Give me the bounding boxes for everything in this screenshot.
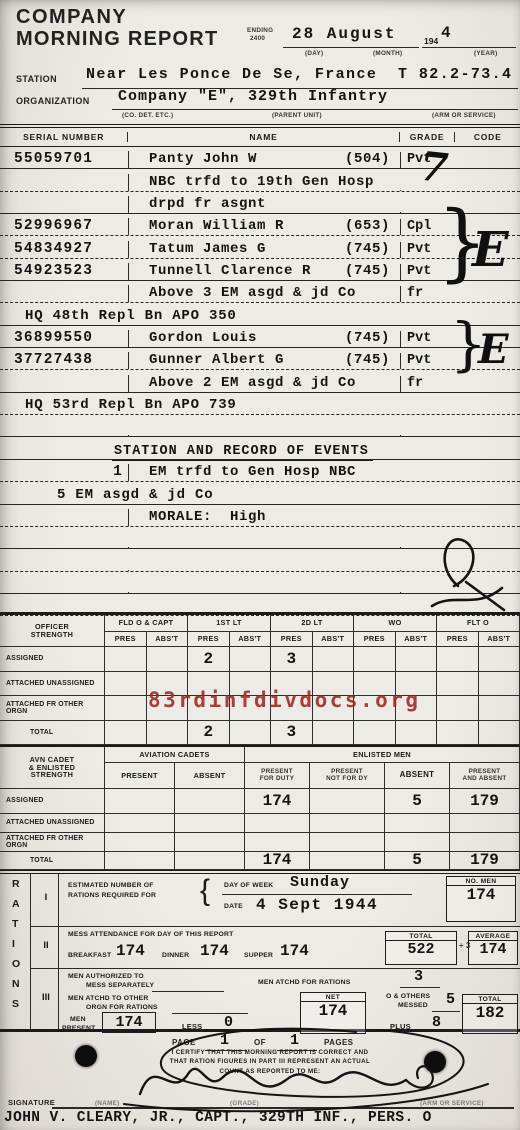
serial-cell: 54923523 [0, 263, 128, 280]
enlisted-cell [245, 833, 310, 852]
row-label-attached-unassigned: ATTACHED UNASSIGNED [0, 814, 105, 833]
station-label: STATION [16, 74, 57, 84]
enlisted-cell [105, 814, 175, 833]
enlisted-cell [175, 789, 245, 814]
day-of-week-value: Sunday [290, 874, 350, 891]
serial-cell: 52996967 [0, 218, 128, 235]
events-heading: STATION AND RECORD OF EVENTS [112, 444, 373, 461]
name-cell: Above 3 EM asgd & jd Co [149, 285, 356, 301]
rations-letter: S [12, 998, 19, 1010]
table-row: 36899550 Gordon Louis(745) Pvt [0, 326, 520, 348]
enlisted-strength-table: AVN CADET & ENLISTED STRENGTH AVIATION C… [0, 745, 520, 870]
date-rule [283, 47, 419, 48]
col-group-wo: WO [354, 615, 437, 632]
col-grade: GRADE [399, 132, 455, 142]
mos-cell: (504) [345, 151, 390, 167]
section-numeral-3: III [36, 992, 56, 1003]
net-label: NET [301, 993, 365, 1002]
breakfast-label: BREAKFAST [68, 952, 111, 959]
row-label-total: TOTAL [0, 721, 105, 745]
enlisted-cell [175, 833, 245, 852]
officer-cell [105, 647, 147, 672]
officer-cell: 2 [188, 647, 230, 672]
organization-rule [112, 109, 518, 110]
mess-attendance-label: MESS ATTENDANCE FOR DAY OF THIS REPORT [68, 931, 233, 938]
atchd-for-rations-value: 3 [414, 968, 423, 985]
name-cell: MORALE: High [149, 509, 266, 525]
fill-rule [172, 1013, 248, 1014]
officer-cell [437, 672, 479, 696]
rations-letter: O [12, 958, 20, 970]
grade-cell: Pvt [400, 331, 455, 347]
col-group-aviation-cadets: AVIATION CADETS [105, 747, 245, 763]
rations-est-label1: ESTIMATED NUMBER OF [68, 882, 154, 889]
serial-cell [0, 435, 128, 436]
mess-average-box: AVERAGE 174 [468, 931, 518, 965]
wide-note-cell: HQ 53rd Repl Bn APO 739 [0, 397, 520, 414]
name-cell: EM trfd to Gen Hosp NBC [149, 464, 356, 480]
enlisted-cell [385, 833, 450, 852]
enlisted-cell [105, 789, 175, 814]
officer-cell [105, 672, 147, 696]
subcol-pres: PRES [271, 632, 313, 647]
officer-cell [354, 647, 396, 672]
year-preprint: 194 [424, 36, 438, 46]
handwritten-signature [88, 1018, 498, 1118]
subcol-abst: ABS'T [313, 632, 355, 647]
name-cell: Panty John W [149, 151, 257, 167]
subcol-absent: ABSENT [385, 763, 450, 789]
serial-cell [0, 391, 128, 392]
enlisted-cell [450, 814, 520, 833]
officer-cell [230, 647, 272, 672]
enlisted-cell [245, 814, 310, 833]
table-row: 1 EM trfd to Gen Hosp NBC [0, 460, 520, 482]
officer-cell [479, 647, 520, 672]
col-serial-number: SERIAL NUMBER [0, 132, 127, 142]
organization-label: ORGANIZATION [16, 96, 90, 106]
rations-letter: N [12, 978, 20, 990]
grade-cell [400, 435, 455, 436]
others-messed-value: 5 [446, 991, 455, 1008]
enlisted-cell [310, 789, 385, 814]
year-caption: (YEAR) [474, 50, 498, 57]
station-value: Near Les Ponce De Se, France T 82.2-73.4 [86, 66, 512, 83]
name-cell [128, 592, 400, 593]
row-label-attached-unassigned: ATTACHED UNASSIGNED [0, 672, 105, 696]
wide-note-cell: 5 EM asgd & jd Co [0, 487, 520, 504]
section-numeral-2: II [36, 940, 56, 951]
grade-cell [400, 480, 455, 481]
auth-mess-label2: MESS SEPARATELY [86, 982, 154, 989]
col-group-2d-lt: 2D LT [271, 615, 354, 632]
dinner-value: 174 [200, 942, 229, 960]
mess-total-box: TOTAL 522 [385, 931, 457, 965]
serial-cell: 36899550 [0, 330, 128, 347]
day-of-week-label: DAY OF WEEK [224, 882, 273, 889]
subcol-present-and-absent: PRESENTAND ABSENT [450, 763, 520, 789]
breakfast-value: 174 [116, 942, 145, 960]
enlisted-cell [175, 852, 245, 870]
handwritten-code-mark: 7 [418, 143, 451, 193]
fill-rule [400, 987, 440, 988]
name-cell: NBC trfd to 19th Gen Hosp [149, 174, 374, 190]
mess-total-value: 522 [386, 941, 456, 958]
enlisted-cell: 179 [450, 852, 520, 870]
subcol-pres: PRES [188, 632, 230, 647]
serial-cell: 37727438 [0, 352, 128, 369]
morning-report-document: COMPANY MORNING REPORT ENDING 2400 28 Au… [0, 0, 520, 1130]
subcol-pres: PRES [354, 632, 396, 647]
enlisted-cell: 5 [385, 852, 450, 870]
officer-cell [105, 721, 147, 745]
table-row: HQ 48th Repl Bn APO 350 [0, 303, 520, 325]
officer-cell [147, 721, 189, 745]
col-group-flt-o: FLT O [437, 615, 520, 632]
rations-letter: T [12, 918, 18, 930]
date-label: DATE [224, 903, 243, 910]
grade-cell: Pvt [400, 353, 455, 369]
officer-cell [479, 721, 520, 745]
form-title-line1: COMPANY [16, 6, 127, 29]
wide-note-cell: HQ 48th Repl Bn APO 350 [0, 308, 520, 325]
supper-label: SUPPER [244, 952, 273, 959]
enlisted-cell [105, 833, 175, 852]
officer-cell [437, 696, 479, 721]
handwritten-scribble-icon [424, 522, 516, 614]
grade-cell: fr [400, 376, 455, 392]
no-men-box: NO. MEN 174 [446, 876, 516, 922]
rations-section: R A T I O N S I II III ESTIMATED NUMBER … [0, 870, 520, 1032]
mess-total-label: TOTAL [386, 932, 456, 941]
officer-cell: 3 [271, 721, 313, 745]
org-subcaption-parent: (PARENT UNIT) [272, 112, 322, 119]
report-date-value: 28 August [292, 25, 396, 43]
form-title-line2: MORNING REPORT [16, 28, 218, 51]
subcol-abst: ABS'T [396, 632, 438, 647]
name-cell: Above 2 EM asgd & jd Co [149, 375, 356, 391]
subcol-present-not-for-duty: PRESENTNOT FOR DY [310, 763, 385, 789]
enlisted-cell [450, 833, 520, 852]
serial-cell [0, 547, 128, 548]
col-code: CODE [454, 132, 520, 142]
officer-strength-corner: OFFICER STRENGTH [0, 615, 105, 647]
serial-cell [0, 525, 128, 526]
row-label-total: TOTAL [0, 852, 105, 870]
name-cell [128, 547, 400, 548]
rations-letter: R [12, 878, 20, 890]
divider [30, 926, 520, 927]
mess-average-value: 174 [469, 941, 517, 958]
row-label-assigned: ASSIGNED [0, 789, 105, 814]
ending-label: ENDING [247, 27, 273, 34]
serial-cell [0, 570, 128, 571]
day-caption: (DAY) [305, 50, 323, 57]
fill-rule [432, 1011, 460, 1012]
officer-cell [437, 647, 479, 672]
officer-cell: 3 [271, 647, 313, 672]
name-cell: Tunnell Clarence R [149, 263, 311, 279]
mos-cell: (745) [345, 352, 390, 368]
officer-cell [396, 647, 438, 672]
rations-total-label: TOTAL [463, 995, 517, 1004]
enlisted-strength-corner: AVN CADET & ENLISTED STRENGTH [0, 747, 105, 789]
no-men-value: 174 [447, 886, 515, 904]
mos-cell: (745) [345, 263, 390, 279]
serial-cell [0, 212, 128, 213]
name-cell: Gordon Louis [149, 330, 257, 346]
serial-cell [0, 301, 128, 302]
officer-cell [479, 672, 520, 696]
officer-cell [105, 696, 147, 721]
subcol-abst: ABS'T [479, 632, 520, 647]
others-messed-label1: O & OTHERS [386, 993, 430, 1000]
atchd-other-label2: ORGN FOR RATIONS [86, 1004, 158, 1011]
organization-value: Company "E", 329th Infantry [118, 88, 388, 105]
table-row: 37727438 Gunner Albert G(745) Pvt [0, 348, 520, 370]
officer-cell [479, 696, 520, 721]
officer-cell [354, 721, 396, 745]
row-label-attached-fr-other: ATTACHED FR OTHER ORGN [0, 696, 105, 721]
enlisted-cell [385, 814, 450, 833]
ending-time: 2400 [250, 35, 265, 42]
name-cell: drpd fr asgnt [149, 196, 266, 212]
handwritten-group-mark-2: E [478, 326, 509, 373]
col-group-enlisted-men: ENLISTED MEN [245, 747, 520, 763]
enlisted-cell: 179 [450, 789, 520, 814]
rations-est-label2: RATIONS REQUIRED FOR [68, 892, 156, 899]
name-cell [128, 570, 400, 571]
table-row: HQ 53rd Repl Bn APO 739 [0, 393, 520, 415]
divider [30, 874, 31, 1029]
officer-cell [230, 721, 272, 745]
mos-cell: (745) [345, 241, 390, 257]
enlisted-cell: 5 [385, 789, 450, 814]
enlisted-cell [105, 852, 175, 870]
table-row: Above 2 EM asgd & jd Co fr [0, 370, 520, 392]
year-rule [422, 47, 516, 48]
enlisted-cell: 174 [245, 789, 310, 814]
subcol-abst: ABS'T [147, 632, 189, 647]
subcol-abst: ABS'T [230, 632, 272, 647]
enlisted-cell [310, 814, 385, 833]
section-numeral-1: I [36, 892, 56, 903]
table-row [0, 415, 520, 437]
divider [30, 968, 520, 969]
officer-cell: 2 [188, 721, 230, 745]
officer-strength-table: OFFICER STRENGTH FLD O & CAPT 1ST LT 2D … [0, 612, 520, 745]
subcol-cadets-present: PRESENT [105, 763, 175, 789]
signature-label: SIGNATURE [8, 1098, 55, 1107]
officer-cell [147, 647, 189, 672]
date-value: 4 Sept 1944 [256, 896, 378, 914]
org-subcaption-unit: (CO. DET. ETC.) [122, 112, 173, 119]
col-group-1st-lt: 1ST LT [188, 615, 271, 632]
enlisted-cell [310, 852, 385, 870]
men-present-label1: MEN [70, 1016, 86, 1023]
subcol-present-for-duty: PRESENTFOR DUTY [245, 763, 310, 789]
serial-cell [0, 592, 128, 593]
name-cell: Gunner Albert G [149, 352, 284, 368]
month-caption: (MONTH) [373, 50, 402, 57]
name-cell [128, 435, 400, 436]
subcol-pres: PRES [437, 632, 479, 647]
name-cell: Tatum James G [149, 241, 266, 257]
subcol-cadets-absent: ABSENT [175, 763, 245, 789]
rations-letter: A [12, 898, 20, 910]
officer-cell [437, 721, 479, 745]
col-group-fldo-capt: FLD O & CAPT [105, 615, 188, 632]
atchd-other-label1: MEN ATCHD TO OTHER [68, 995, 149, 1002]
officer-cell [313, 721, 355, 745]
serial-cell: 1 [0, 464, 128, 481]
org-subcaption-arm: (ARM OR SERVICE) [432, 112, 496, 119]
enlisted-cell: 174 [245, 852, 310, 870]
mos-cell: (745) [345, 330, 390, 346]
name-cell: Moran William R [149, 218, 284, 234]
enlisted-cell [175, 814, 245, 833]
officer-cell [313, 647, 355, 672]
divider [58, 874, 59, 1029]
no-men-label: NO. MEN [447, 877, 515, 886]
brace-glyph: { [200, 874, 210, 908]
dinner-label: DINNER [162, 952, 189, 959]
table-row: 5 EM asgd & jd Co [0, 482, 520, 504]
mos-cell: (653) [345, 218, 390, 234]
handwritten-group-mark-1: E [472, 222, 509, 278]
enlisted-cell [310, 833, 385, 852]
serial-cell: 54834927 [0, 241, 128, 258]
serial-cell: 55059701 [0, 151, 128, 168]
watermark: 83rdinfdivdocs.org [148, 688, 421, 712]
mess-average-label: AVERAGE [469, 932, 517, 941]
year-value: 4 [441, 24, 451, 42]
subcol-pres: PRES [105, 632, 147, 647]
fill-rule [152, 991, 224, 992]
col-name: NAME [127, 132, 398, 142]
others-messed-label2: MESSED [398, 1002, 428, 1009]
officer-cell [396, 721, 438, 745]
auth-mess-label1: MEN AUTHORIZED TO [68, 973, 144, 980]
supper-value: 174 [280, 942, 309, 960]
events-heading-row: STATION AND RECORD OF EVENTS [0, 437, 520, 459]
serial-cell [0, 190, 128, 191]
atchd-for-rations-label: MEN ATCHD FOR RATIONS [258, 979, 350, 986]
rations-letter: I [12, 938, 15, 950]
row-label-assigned: ASSIGNED [0, 647, 105, 672]
row-label-attached-fr-other: ATTACHED FR OTHER ORGN [0, 833, 105, 852]
